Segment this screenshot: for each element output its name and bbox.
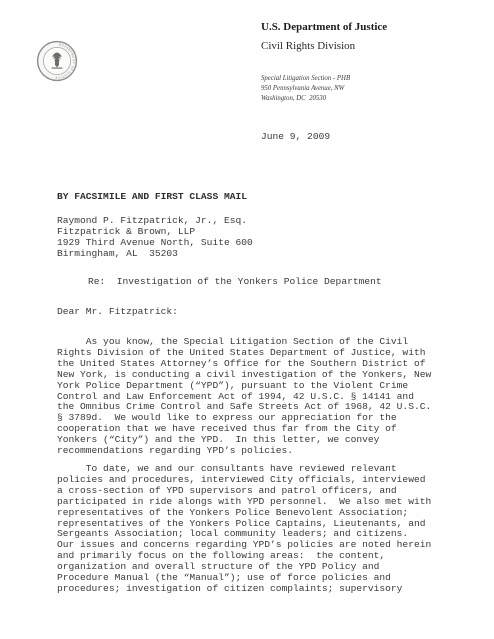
salutation: Dear Mr. Fitzpatrick: xyxy=(57,306,178,317)
re-subject-line: Re: Investigation of the Yonkers Police … xyxy=(88,276,382,287)
letter-page: DEPARTMENT OF JUSTICE · · · U.S. Departm… xyxy=(0,0,494,639)
letterhead-division: Civil Rights Division xyxy=(261,40,355,53)
letterhead-agency: U.S. Department of Justice xyxy=(261,21,387,34)
body-paragraph-2: To date, we and our consultants have rev… xyxy=(57,464,431,595)
body-paragraph-1: As you know, the Special Litigation Sect… xyxy=(57,337,431,457)
doj-seal-icon: DEPARTMENT OF JUSTICE · · · xyxy=(36,40,78,82)
recipient-address-block: Raymond P. Fitzpatrick, Jr., Esq. Fitzpa… xyxy=(57,215,253,259)
letter-date: June 9, 2009 xyxy=(261,131,330,142)
letterhead-office-address: Special Litigation Section - PHB 950 Pen… xyxy=(261,74,350,104)
delivery-method-line: BY FACSIMILE AND FIRST CLASS MAIL xyxy=(57,191,247,202)
